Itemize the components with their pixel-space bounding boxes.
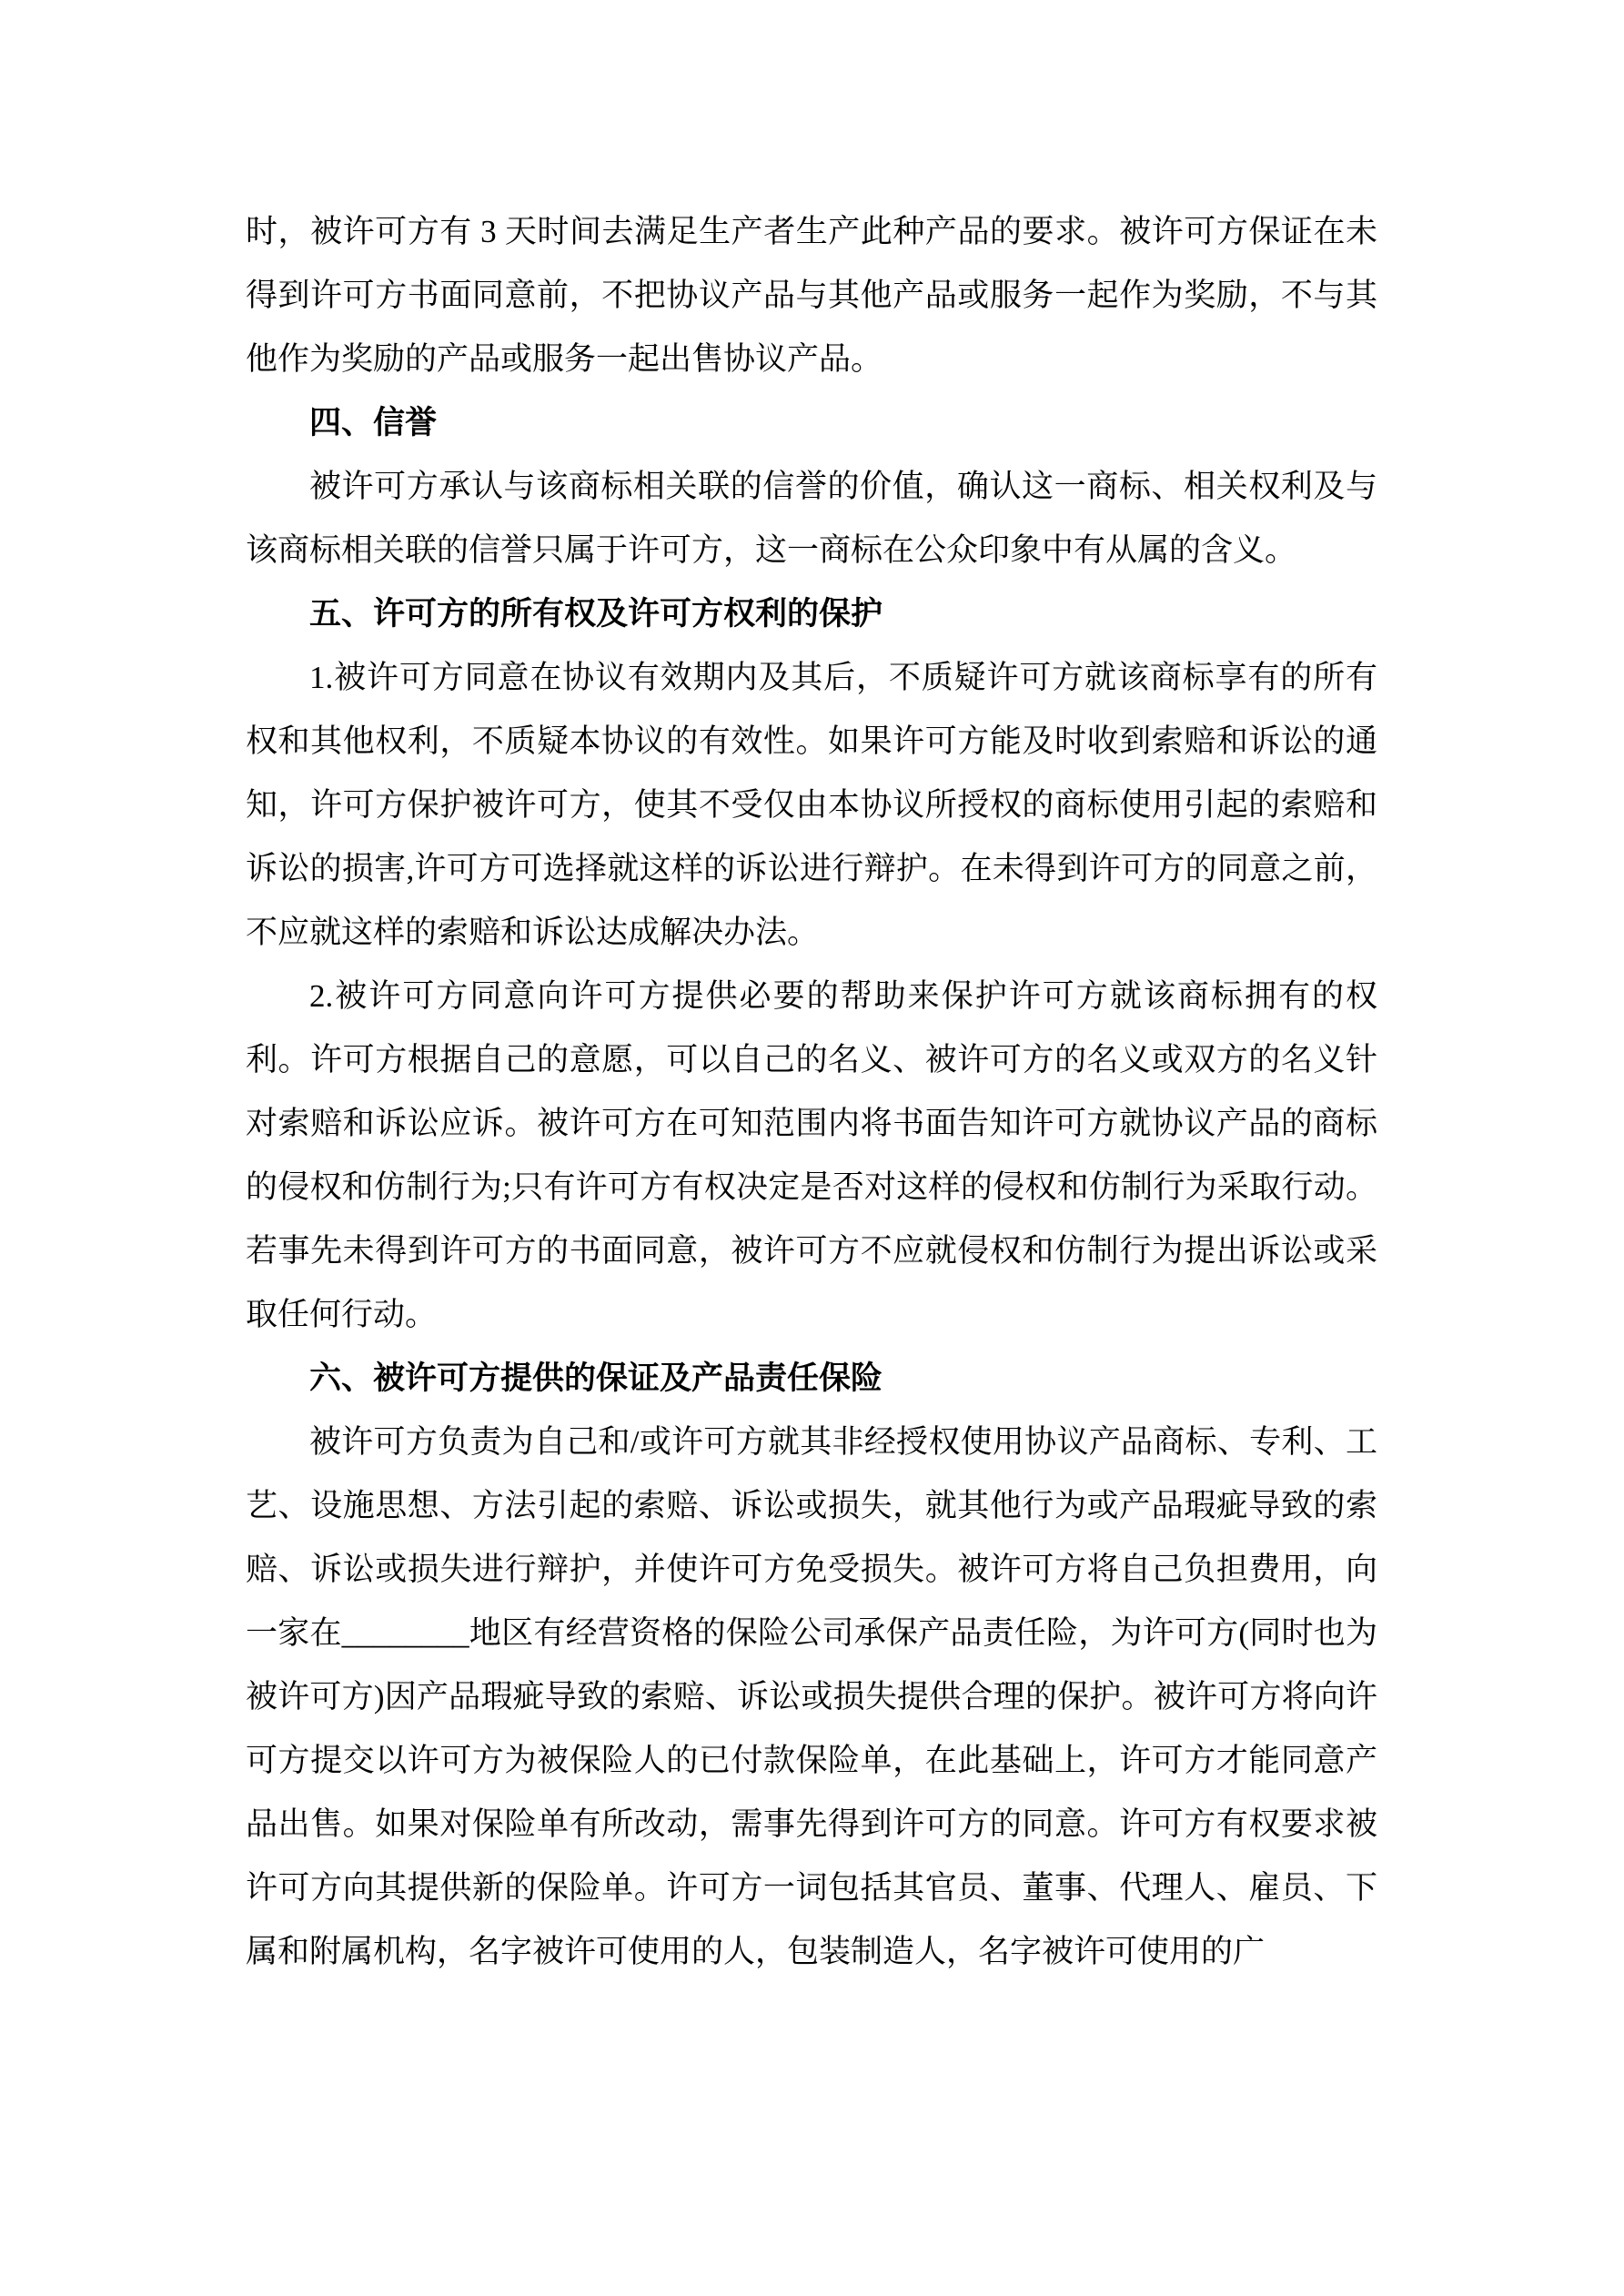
paragraph-clause-6: 被许可方负责为自己和/或许可方就其非经授权使用协议产品商标、专利、工艺、设施思想…	[246, 1411, 1377, 1984]
paragraph-continuation: 时，被许可方有 3 天时间去满足生产者生产此种产品的要求。被许可方保证在未得到许…	[246, 200, 1377, 391]
document-content: 时，被许可方有 3 天时间去满足生产者生产此种产品的要求。被许可方保证在未得到许…	[246, 200, 1377, 1984]
heading-section-5-ownership: 五、许可方的所有权及许可方权利的保护	[246, 582, 1377, 646]
paragraph-clause-5-2: 2.被许可方同意向许可方提供必要的帮助来保护许可方就该商标拥有的权利。许可方根据…	[246, 965, 1377, 1347]
heading-section-4-goodwill: 四、信誉	[246, 391, 1377, 455]
paragraph-clause-5-1: 1.被许可方同意在协议有效期内及其后，不质疑许可方就该商标享有的所有权和其他权利…	[246, 646, 1377, 965]
paragraph-goodwill: 被许可方承认与该商标相关联的信誉的价值，确认这一商标、相关权利及与该商标相关联的…	[246, 455, 1377, 582]
heading-section-6-warranty-insurance: 六、被许可方提供的保证及产品责任保险	[246, 1347, 1377, 1411]
document-page: 时，被许可方有 3 天时间去满足生产者生产此种产品的要求。被许可方保证在未得到许…	[0, 0, 1624, 2296]
